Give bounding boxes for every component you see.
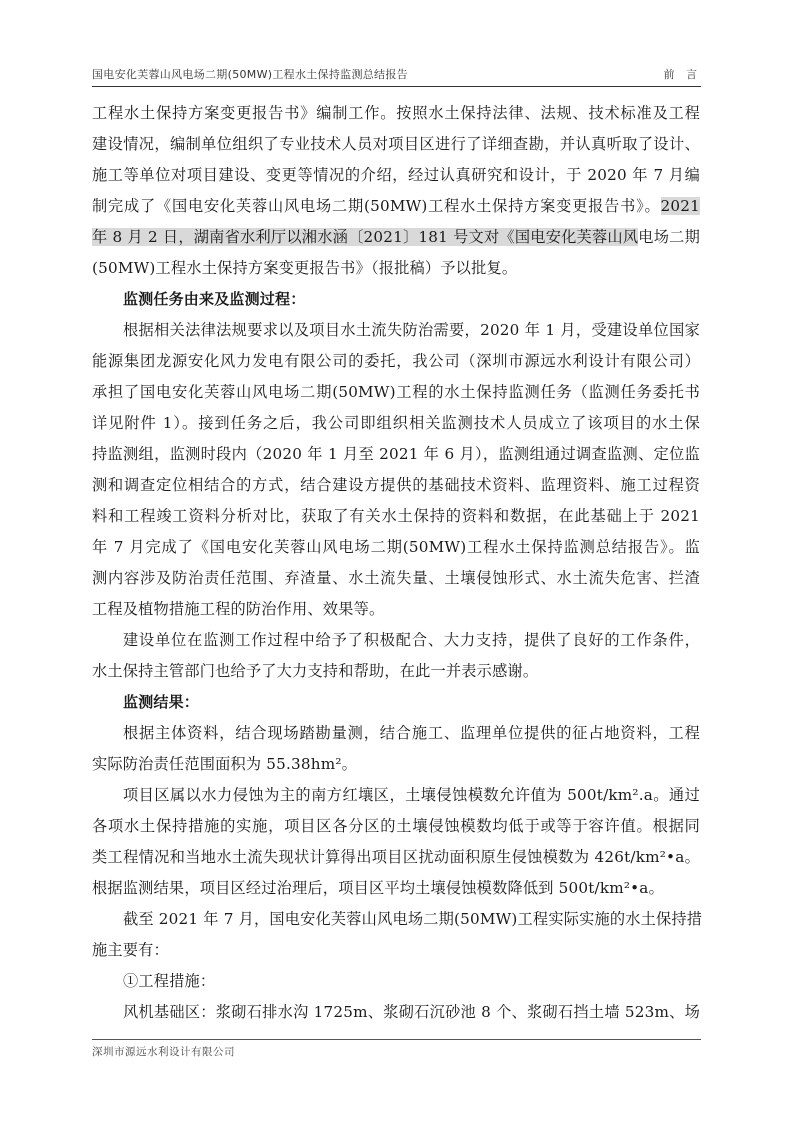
highlighted-text[interactable]: 年 8 月 2 日，湖南省水利厅以湘水涵〔2021〕181 号文对《国电安化芙蓉… — [92, 228, 638, 246]
paragraph-line: 能源集团龙源安化风力发电有限公司的委托，我公司（深圳市源远水利设计有限公司） — [92, 346, 700, 377]
paragraph-line: 持监测组，监测时段内（2020 年 1 月至 2021 年 6 月），监测组通过… — [92, 439, 700, 470]
paragraph-line: 施工等单位对项目建设、变更等情况的介绍，经过认真研究和设计，于 2020 年 7… — [92, 160, 700, 191]
paragraph-line: 工程水土保持方案变更报告书》编制工作。按照水土保持法律、法规、技术标准及工程 — [92, 98, 700, 129]
paragraph-line: 根据主体资料，结合现场踏勘量测，结合施工、监理单位提供的征占地资料，工程 — [92, 718, 700, 749]
list-heading-engineering-measures: ①工程措施： — [92, 966, 700, 997]
paragraph-line: (50MW)工程水土保持方案变更报告书》（报批稿）予以批复。 — [92, 253, 700, 284]
paragraph-line: 建设情况，编制单位组织了专业技术人员对项目区进行了详细查勘，并认真听取了设计、 — [92, 129, 700, 160]
paragraph-line: 测和调查定位相结合的方式，结合建设方提供的基础技术资料、监理资料、施工过程资 — [92, 470, 700, 501]
paragraph-line: 根据监测结果，项目区经过治理后，项目区平均土壤侵蚀模数降低到 500t/km²•… — [92, 873, 700, 904]
document-body: 工程水土保持方案变更报告书》编制工作。按照水土保持法律、法规、技术标准及工程 建… — [92, 98, 700, 1028]
paragraph-line: 水土保持主管部门也给予了大力支持和帮助，在此一并表示感谢。 — [92, 656, 700, 687]
page-header: 国电安化芙蓉山风电场二期(50MW)工程水土保持监测总结报告 前 言 — [92, 62, 701, 82]
footer-divider — [92, 1039, 701, 1040]
paragraph-line: 工程及植物措施工程的防治作用、效果等。 — [92, 594, 700, 625]
paragraph-line: 年 8 月 2 日，湖南省水利厅以湘水涵〔2021〕181 号文对《国电安化芙蓉… — [92, 222, 700, 253]
paragraph-line: 年 7 月完成了《国电安化芙蓉山风电场二期(50MW)工程水土保持监测总结报告》… — [92, 532, 700, 563]
line-text: 制完成了《国电安化芙蓉山风电场二期(50MW)工程水土保持方案变更报告书》。 — [92, 197, 661, 215]
header-report-title: 国电安化芙蓉山风电场二期(50MW)工程水土保持监测总结报告 — [92, 66, 408, 82]
paragraph-line: 类工程情况和当地水土流失现状计算得出项目区扰动面积原生侵蚀模数为 426t/km… — [92, 842, 700, 873]
paragraph-line: 制完成了《国电安化芙蓉山风电场二期(50MW)工程水土保持方案变更报告书》。20… — [92, 191, 700, 222]
paragraph-line: 详见附件 1）。接到任务之后，我公司即组织相关监测技术人员成立了该项目的水土保 — [92, 408, 700, 439]
paragraph-line: 实际防治责任范围面积为 55.38hm²。 — [92, 749, 700, 780]
paragraph-line: 各项水土保持措施的实施，项目区各分区的土壤侵蚀模数均低于或等于容许值。根据同 — [92, 811, 700, 842]
footer-company: 深圳市源远水利设计有限公司 — [92, 1044, 235, 1059]
paragraph-line: 承担了国电安化芙蓉山风电场二期(50MW)工程的水土保持监测任务（监测任务委托书 — [92, 377, 700, 408]
line-text: 电场二期 — [638, 228, 700, 246]
section-heading-monitoring-results: 监测结果： — [92, 687, 700, 718]
paragraph-line: 建设单位在监测工作过程中给予了积极配合、大力支持，提供了良好的工作条件， — [92, 625, 700, 656]
paragraph-line: 测内容涉及防治责任范围、弃渣量、水土流失量、土壤侵蚀形式、水土流失危害、拦渣 — [92, 563, 700, 594]
header-section-label: 前 言 — [664, 66, 702, 82]
highlighted-text[interactable]: 2021 — [661, 197, 700, 215]
paragraph-line: 料和工程竣工资料分析对比，获取了有关水土保持的资料和数据，在此基础上于 2021 — [92, 501, 700, 532]
header-divider — [92, 86, 701, 87]
paragraph-line: 施主要有： — [92, 935, 700, 966]
section-heading-monitoring-origin: 监测任务由来及监测过程： — [92, 284, 700, 315]
paragraph-line: 根据相关法律法规要求以及项目水土流失防治需要，2020 年 1 月，受建设单位国… — [92, 315, 700, 346]
paragraph-line: 风机基础区：浆砌石排水沟 1725m、浆砌石沉砂池 8 个、浆砌石挡土墙 523… — [92, 997, 700, 1028]
paragraph-line: 项目区属以水力侵蚀为主的南方红壤区，土壤侵蚀模数允许值为 500t/km².a。… — [92, 780, 700, 811]
paragraph-line: 截至 2021 年 7 月，国电安化芙蓉山风电场二期(50MW)工程实际实施的水… — [92, 904, 700, 935]
